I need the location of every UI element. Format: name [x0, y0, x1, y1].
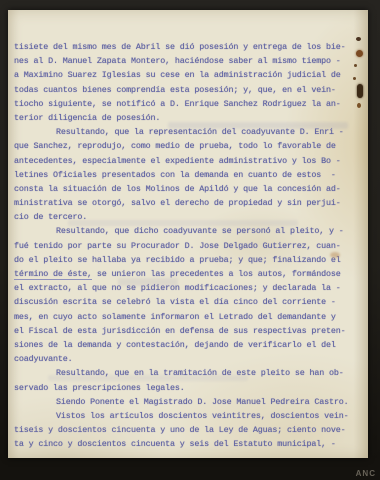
- page-text: tisiete del mismo mes de Abril se dió po…: [14, 40, 364, 451]
- text-line: servado las prescripciones legales.: [14, 381, 364, 395]
- text-line: tisiete del mismo mes de Abril se dió po…: [14, 40, 364, 54]
- document-page: tisiete del mismo mes de Abril se dió po…: [8, 10, 368, 458]
- text-line: mes, en cuyo acto solamente informaron e…: [14, 310, 364, 324]
- text-line: nes al D. Manuel Zapata Montero, haciénd…: [14, 54, 364, 68]
- text-line: siones de la demanda y contestación, dej…: [14, 338, 364, 352]
- text-line: fué tenido por parte su Procurador D. Jo…: [14, 239, 364, 253]
- text-line: Vistos los artículos doscientos veintitr…: [14, 409, 364, 423]
- ink-stain: [353, 77, 356, 80]
- text-line: terior diligencia de posesión.: [14, 111, 364, 125]
- text-line: antecedentes, especialmente el expedient…: [14, 154, 364, 168]
- text-line: ta y cinco y doscientos cincuenta y seis…: [14, 437, 364, 451]
- text-line: Siendo Ponente el Magistrado D. Jose Man…: [14, 395, 364, 409]
- text-line: término de éste, se unieron las preceden…: [14, 267, 364, 281]
- text-line: ministrativa se otorgó, salvo el derecho…: [14, 196, 364, 210]
- text-line: consta la situación de los Molinos de Ap…: [14, 182, 364, 196]
- text-line: todas cuantos bienes comprendía esta pos…: [14, 83, 364, 97]
- paragraph: Siendo Ponente el Magistrado D. Jose Man…: [14, 395, 364, 409]
- text-line: el extracto, al que no se pidieron modif…: [14, 281, 364, 295]
- ink-stain: [357, 84, 363, 98]
- text-line: Resultando, que dicho coadyuvante se per…: [14, 224, 364, 238]
- text-line: tiocho siguiente, se notificó a D. Enriq…: [14, 97, 364, 111]
- ink-stain: [356, 37, 361, 41]
- text-line: Resultando, que en la tramitación de est…: [14, 366, 364, 380]
- ink-stain: [330, 252, 340, 258]
- photo-frame: tisiete del mismo mes de Abril se dió po…: [0, 0, 380, 480]
- text-line: a Maximino Suarez Iglesias su cese en la…: [14, 68, 364, 82]
- text-line: do el pleito se hallaba ya recibido a pr…: [14, 253, 364, 267]
- text-line: tiseis y doscientos cincuenta y uno de l…: [14, 423, 364, 437]
- paragraph: Resultando, que en la tramitación de est…: [14, 366, 364, 394]
- text-line: letines Oficiales presentados con la dem…: [14, 168, 364, 182]
- text-line: Resultando, que la representación del co…: [14, 125, 364, 139]
- paragraph: tisiete del mismo mes de Abril se dió po…: [14, 40, 364, 125]
- paragraph: Resultando, que la representación del co…: [14, 125, 364, 224]
- text-line: cio de tercero.: [14, 210, 364, 224]
- archive-watermark: ANC: [356, 469, 376, 478]
- text-line: el Fiscal de esta jurisdicción en defens…: [14, 324, 364, 338]
- underlined-text: término de éste,: [14, 269, 92, 280]
- text-line: que Sanchez, reprodujo, como medio de pr…: [14, 139, 364, 153]
- ink-stain: [357, 103, 361, 108]
- paragraph: Resultando, que dicho coadyuvante se per…: [14, 224, 364, 366]
- ink-stain: [356, 50, 363, 57]
- text-line: discusión escrita se celebró la vista el…: [14, 295, 364, 309]
- ink-stain: [354, 64, 357, 67]
- text-line: coadyuvante.: [14, 352, 364, 366]
- paragraph: Vistos los artículos doscientos veintitr…: [14, 409, 364, 452]
